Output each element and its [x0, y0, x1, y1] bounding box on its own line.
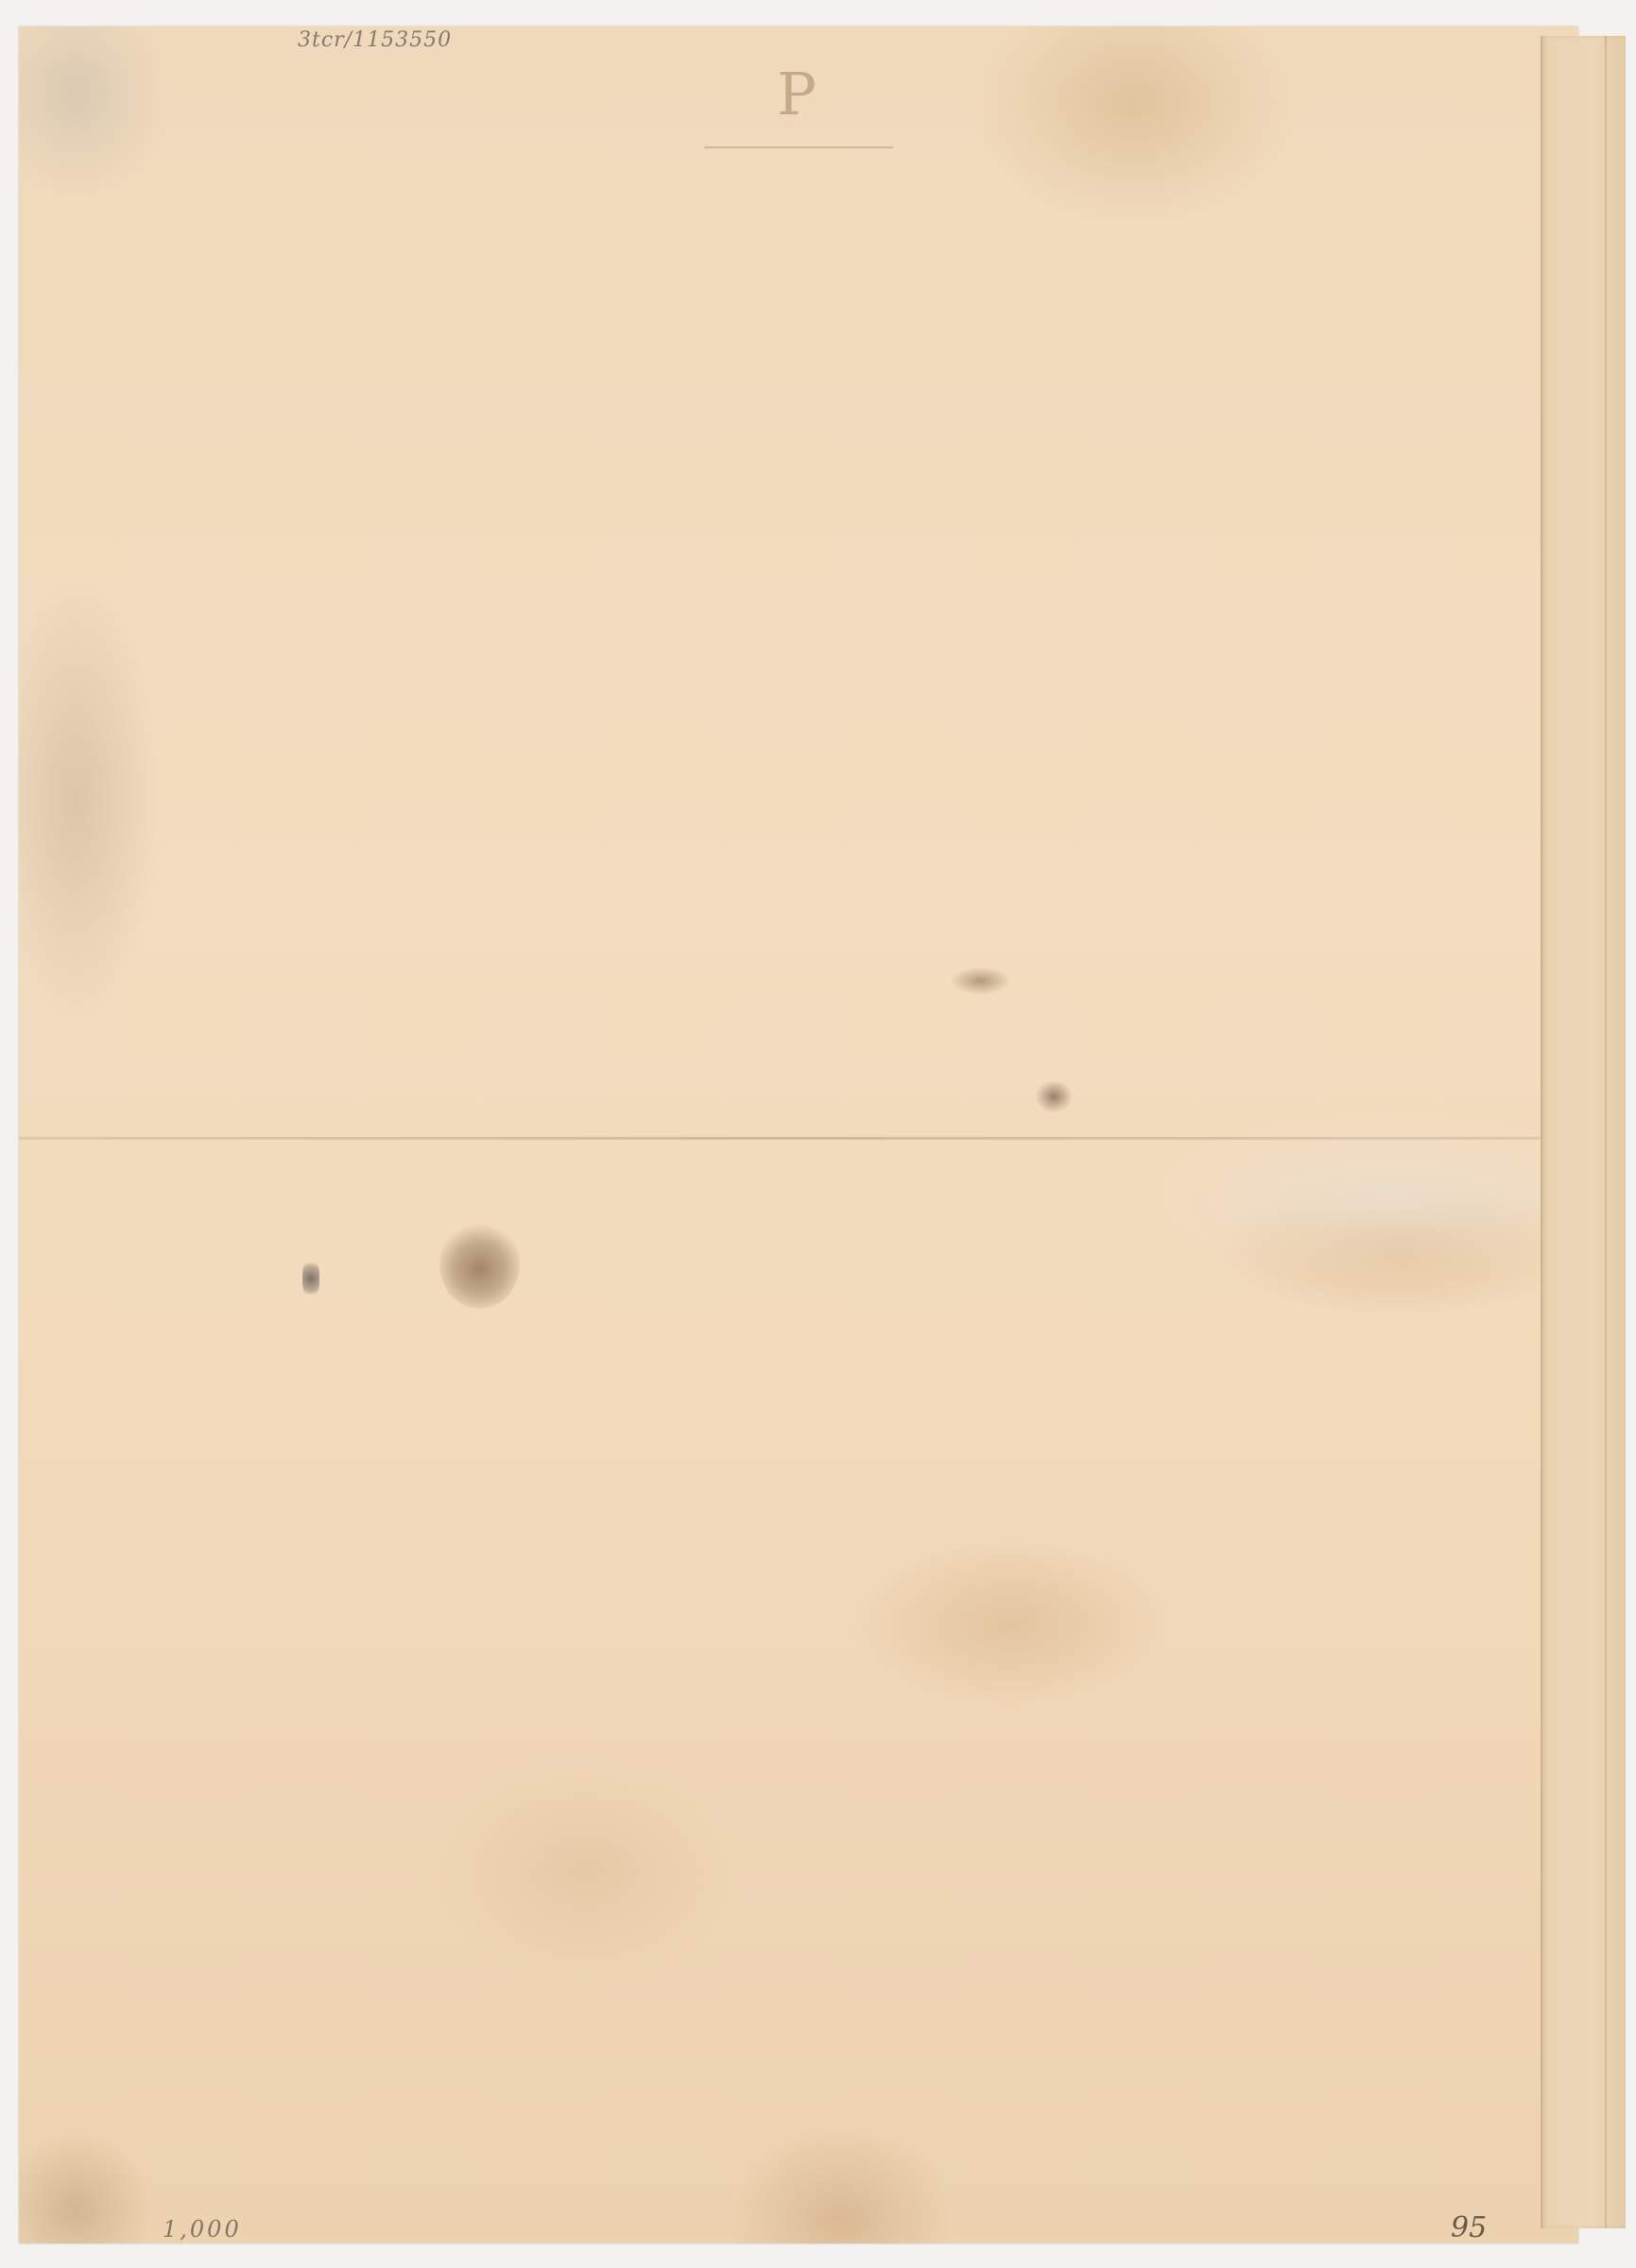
ink-splatter-stain: [439, 1219, 520, 1309]
horizontal-fold-line: [19, 1137, 1550, 1140]
brush-stroke-mark: [1035, 1080, 1073, 1113]
folio-number-inscription: 95: [1451, 2211, 1487, 2244]
paper-sheet: [19, 26, 1578, 2243]
brush-stroke-mark: [950, 967, 1011, 995]
mounting-strip: [1541, 36, 1626, 2228]
ink-dot-stain: [302, 1260, 319, 1297]
collector-stamp: P: [704, 52, 893, 148]
inventory-number-inscription: 3tcr/1153550: [298, 28, 452, 52]
strip-edge: [1605, 36, 1607, 2228]
price-note-inscription: 1,000: [163, 2216, 242, 2242]
